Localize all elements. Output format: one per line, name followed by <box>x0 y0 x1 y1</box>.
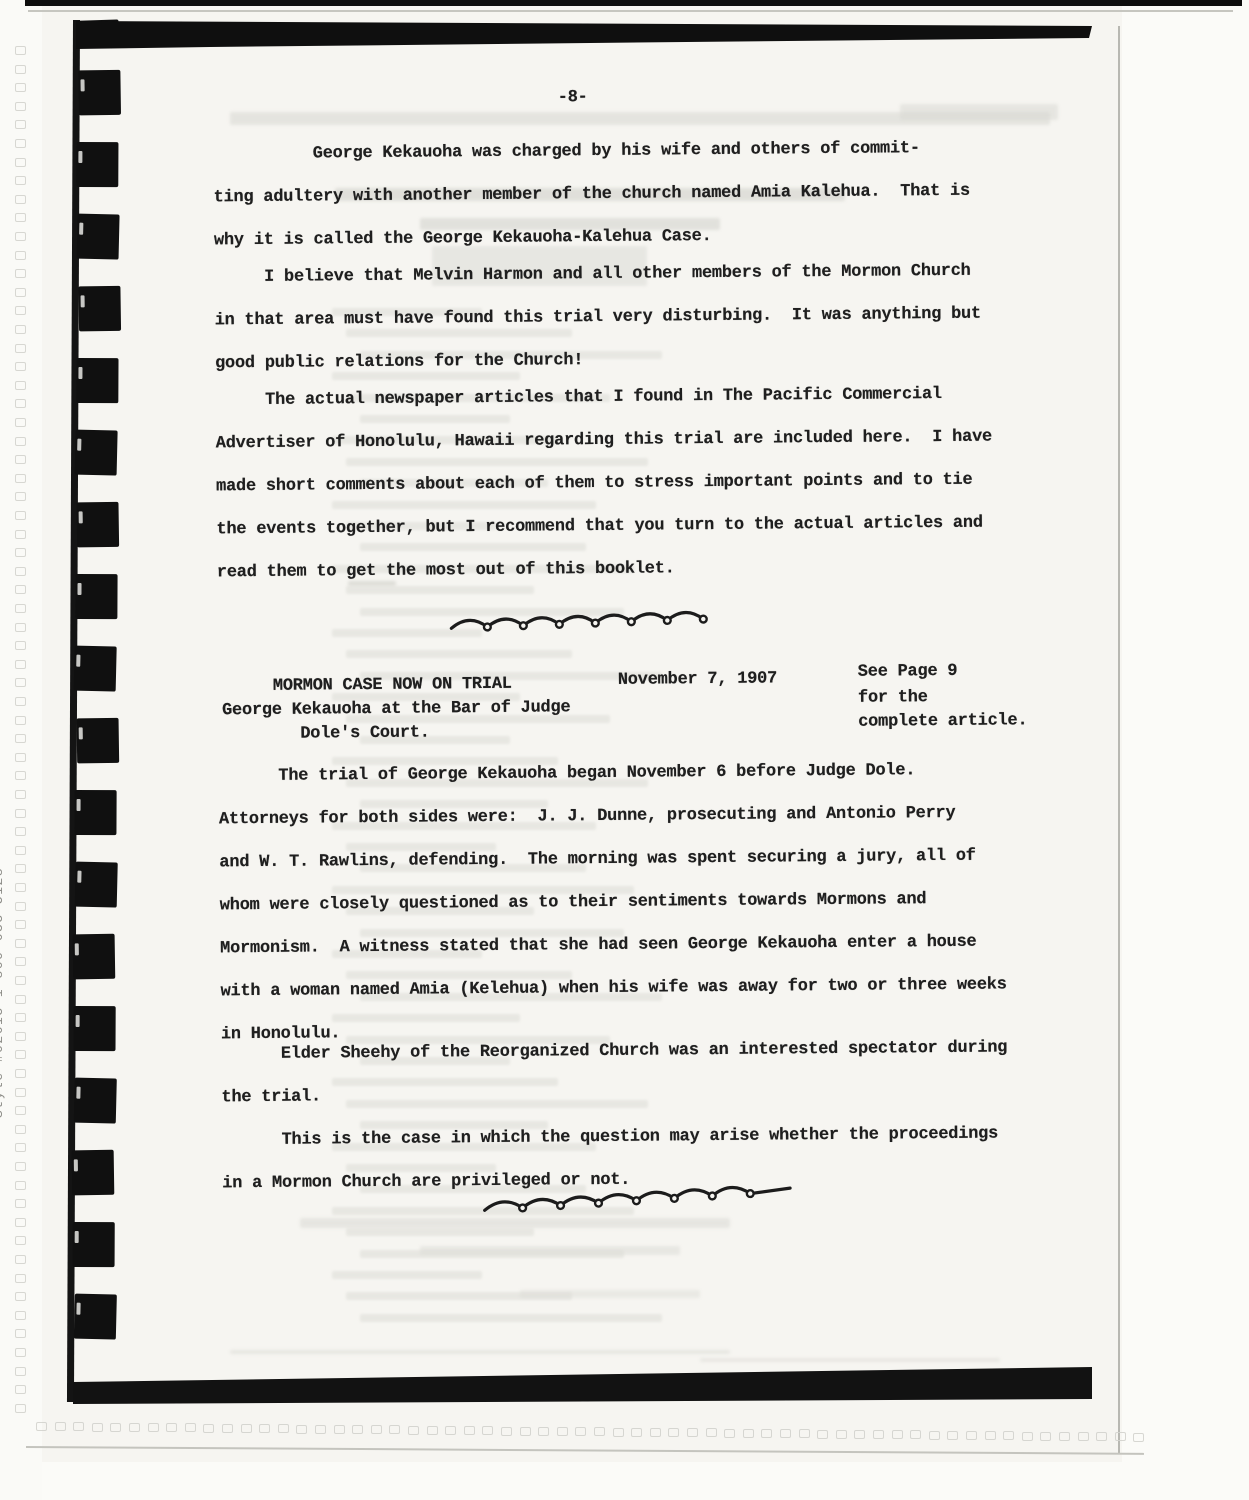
comb-binding-tooth <box>75 862 118 908</box>
perforation-hole <box>445 1426 456 1435</box>
perforation-hole <box>15 567 26 576</box>
perforation-hole <box>15 530 26 539</box>
perforation-hole <box>15 120 26 129</box>
perforation-hole <box>15 902 26 911</box>
perforation-hole <box>15 883 26 892</box>
perforation-hole <box>743 1429 754 1438</box>
perforation-hole <box>892 1430 903 1439</box>
perforation-hole <box>15 1348 26 1357</box>
comb-binding-tooth <box>72 1150 115 1196</box>
perforation-hole <box>15 1199 26 1208</box>
perforation-hole <box>15 827 26 836</box>
perforation-hole <box>15 102 26 111</box>
comb-binding-tooth <box>76 358 118 403</box>
perforation-hole <box>15 920 26 929</box>
perforation-hole <box>650 1428 661 1437</box>
perforation-hole <box>15 1088 26 1097</box>
perforation-hole <box>15 362 26 371</box>
comb-binding-tooth <box>78 286 121 332</box>
perforation-hole <box>631 1428 642 1437</box>
text-line: ting adultery with another member of the… <box>213 170 970 220</box>
text-line: The trial of George Kekauoha began Novem… <box>218 748 1005 798</box>
perforation-hole <box>352 1425 363 1434</box>
binding-style-vertical-text: Style #02613 1-800-633-5128 <box>0 618 9 1118</box>
perforation-hole <box>15 213 26 222</box>
comb-binding-tooth <box>74 1006 116 1051</box>
perforation-hole <box>15 232 26 241</box>
perforation-hole <box>15 1404 26 1413</box>
comb-binding-tooth <box>74 1294 117 1340</box>
comb-binding-tooth <box>77 718 120 764</box>
perforation-hole <box>166 1423 177 1432</box>
article-title-line3: Dole's Court. <box>300 721 430 746</box>
perforation-hole <box>15 455 26 464</box>
text-line: with a woman named Amia (Kelehua) when h… <box>220 963 1007 1013</box>
perforation-hole <box>36 1422 47 1431</box>
perforation-hole <box>15 864 26 873</box>
text-line: Mormonism. A witness stated that she had… <box>220 920 1007 970</box>
perforation-hole <box>110 1423 121 1432</box>
perforation-hole <box>15 660 26 669</box>
text-line: the events together, but I recommend tha… <box>216 502 993 552</box>
perforation-hole <box>15 1292 26 1301</box>
see-page-note-line1: See Page 9 <box>858 660 958 685</box>
perforation-hole <box>15 195 26 204</box>
comb-binding-tooth <box>74 790 116 835</box>
perforation-hole <box>15 548 26 557</box>
perforation-hole <box>241 1424 252 1433</box>
perforation-hole <box>15 585 26 594</box>
perforation-hole <box>15 976 26 985</box>
perforation-hole <box>15 1367 26 1376</box>
comb-binding-tooth <box>75 574 117 619</box>
see-page-note-line3: complete article. <box>858 709 1027 734</box>
perforation-hole <box>873 1430 884 1439</box>
perforation-hole <box>15 1181 26 1190</box>
perforation-hole <box>575 1427 586 1436</box>
perforation-hole <box>389 1425 400 1434</box>
perforation-hole <box>966 1431 977 1440</box>
perforation-hole <box>557 1427 568 1436</box>
comb-binding-tooth <box>78 70 121 116</box>
perforation-hole <box>15 139 26 148</box>
perforation-hole <box>15 1329 26 1338</box>
scan-artifact-top-line <box>28 10 1233 12</box>
perforation-hole <box>15 1032 26 1041</box>
perforation-hole <box>15 1143 26 1152</box>
perforation-hole <box>780 1429 791 1438</box>
perforation-hole <box>15 83 26 92</box>
perforation-hole <box>15 344 26 353</box>
typewritten-text-layer: -8- George Kekauoha was charged by his w… <box>0 0 1249 1500</box>
perforation-hole <box>15 734 26 743</box>
perforation-hole <box>15 176 26 185</box>
perforation-hole <box>613 1428 624 1437</box>
perforation-hole <box>15 641 26 650</box>
perforation-hole <box>15 46 26 55</box>
perforation-hole <box>817 1430 828 1439</box>
comb-binding-tooth <box>73 934 116 980</box>
comb-binding-tooth <box>75 430 118 476</box>
paragraph: Elder Sheehy of the Reorganized Church w… <box>221 1026 1008 1119</box>
perforation-hole <box>1059 1432 1070 1441</box>
perforation-hole <box>15 1385 26 1394</box>
perforation-hole <box>371 1425 382 1434</box>
perforation-hole <box>15 1125 26 1134</box>
text-line: the trial. <box>221 1069 1008 1119</box>
paragraph: The trial of George Kekauoha began Novem… <box>218 748 1007 1056</box>
perforation-hole <box>15 1218 26 1227</box>
perforation-hole <box>15 716 26 725</box>
perforation-hole <box>15 65 26 74</box>
perforation-hole <box>985 1431 996 1440</box>
perforation-hole <box>15 753 26 762</box>
paragraph: George Kekauoha was charged by his wife … <box>213 127 970 263</box>
article-title-line1: MORMON CASE NOW ON TRIAL <box>273 673 512 699</box>
text-line: I believe that Melvin Harmon and all oth… <box>214 250 981 300</box>
perforation-hole <box>947 1431 958 1440</box>
perforation-hole <box>501 1427 512 1436</box>
perforation-hole <box>334 1425 345 1434</box>
perforation-hole <box>185 1423 196 1432</box>
perforation-hole <box>520 1427 531 1436</box>
article-date: November 7, 1907 <box>618 667 777 692</box>
perforation-hole <box>1115 1432 1126 1441</box>
perforation-hole <box>92 1423 103 1432</box>
comb-binding-tooth <box>76 502 119 548</box>
perforation-hole <box>15 399 26 408</box>
page-number: -8- <box>558 76 588 119</box>
perforation-hole <box>15 437 26 446</box>
perforation-hole <box>15 604 26 613</box>
comb-binding-tooth <box>74 1078 117 1124</box>
perforation-hole <box>203 1424 214 1433</box>
perforation-hole <box>594 1427 605 1436</box>
see-page-note-line2: for the <box>858 686 928 711</box>
perforation-hole <box>668 1428 679 1437</box>
perforation-hole <box>15 1013 26 1022</box>
perforation-hole <box>15 251 26 260</box>
perforation-hole <box>15 1311 26 1320</box>
perforation-hole <box>15 678 26 687</box>
perforation-hole <box>15 1236 26 1245</box>
perforation-hole <box>464 1426 475 1435</box>
scan-artifact-bottom-bar <box>64 1360 1096 1408</box>
perforation-hole <box>538 1427 549 1436</box>
perforation-hole <box>15 418 26 427</box>
perforation-hole <box>15 1255 26 1264</box>
perforation-hole <box>222 1424 233 1433</box>
comb-binding-tooth <box>73 1222 115 1267</box>
perforation-hole <box>15 771 26 780</box>
perforation-hole <box>129 1423 140 1432</box>
perforation-hole <box>15 306 26 315</box>
perforation-hole <box>1003 1431 1014 1440</box>
perforation-hole <box>1133 1433 1144 1442</box>
perforation-hole <box>15 381 26 390</box>
perforation-hole <box>15 1069 26 1078</box>
perforation-hole <box>15 269 26 278</box>
text-line: whom were closely questioned as to their… <box>220 877 1007 927</box>
perforation-hole <box>724 1429 735 1438</box>
perforation-hole <box>15 325 26 334</box>
perforation-hole <box>315 1425 326 1434</box>
perforation-hole <box>15 957 26 966</box>
comb-binding-tooth <box>76 142 118 187</box>
perforation-hole <box>427 1426 438 1435</box>
text-line: Advertiser of Honolulu, Hawaii regarding… <box>216 416 993 466</box>
perforation-hole <box>910 1430 921 1439</box>
perforation-hole <box>296 1425 307 1434</box>
perforation-hole <box>1022 1432 1033 1441</box>
text-line: This is the case in which the question m… <box>222 1113 999 1163</box>
comb-binding-tooth <box>77 214 120 260</box>
perforation-hole <box>15 939 26 948</box>
perforation-hole <box>15 697 26 706</box>
scanned-document-page: -8- George Kekauoha was charged by his w… <box>0 0 1249 1500</box>
text-line: made short comments about each of them t… <box>216 459 993 509</box>
perforation-hole <box>836 1430 847 1439</box>
perforation-hole <box>15 288 26 297</box>
perforation-hole <box>259 1424 270 1433</box>
perforation-hole <box>15 492 26 501</box>
perforation-hole <box>854 1430 865 1439</box>
perforation-hole <box>15 1162 26 1171</box>
perforation-hole <box>799 1429 810 1438</box>
perforation-hole <box>761 1429 772 1438</box>
perforation-hole <box>482 1426 493 1435</box>
perforation-hole <box>278 1424 289 1433</box>
perforation-hole <box>15 623 26 632</box>
perforation-hole <box>15 511 26 520</box>
perforation-hole <box>73 1422 84 1431</box>
text-line: George Kekauoha was charged by his wife … <box>213 127 970 177</box>
perforation-hole <box>148 1423 159 1432</box>
perforation-hole <box>15 809 26 818</box>
text-line: Elder Sheehy of the Reorganized Church w… <box>221 1026 1008 1076</box>
perforation-hole <box>15 1106 26 1115</box>
paragraph: The actual newspaper articles that I fou… <box>215 373 993 595</box>
squiggle-divider <box>449 607 711 637</box>
text-line: read them to get the most out of this bo… <box>217 545 994 595</box>
perforation-hole <box>15 158 26 167</box>
text-line: and W. T. Rawlins, defending. The mornin… <box>219 834 1006 884</box>
text-line: Attorneys for both sides were: J. J. Dun… <box>219 791 1006 841</box>
paragraph: I believe that Melvin Harmon and all oth… <box>214 250 981 386</box>
perforation-hole <box>15 1050 26 1059</box>
perforation-hole <box>1096 1432 1107 1441</box>
scan-artifact-top-bar <box>25 0 1242 6</box>
text-line: in that area must have found this trial … <box>214 293 981 343</box>
scan-artifact-top-wedge <box>70 17 1096 53</box>
perforation-hole <box>15 790 26 799</box>
perforation-hole <box>15 846 26 855</box>
perforation-hole <box>706 1428 717 1437</box>
perforation-hole <box>55 1422 66 1431</box>
article-title-line2: George Kekauoha at the Bar of Judge <box>222 696 571 723</box>
perforation-hole <box>929 1431 940 1440</box>
page-right-edge-line <box>1118 26 1120 1454</box>
perforation-hole <box>1040 1432 1051 1441</box>
perforation-hole <box>15 1274 26 1283</box>
perforation-hole <box>687 1428 698 1437</box>
comb-binding-tooth <box>74 646 117 692</box>
perforation-hole <box>1078 1432 1089 1441</box>
perforation-hole <box>15 995 26 1004</box>
text-line: The actual newspaper articles that I fou… <box>215 373 992 423</box>
perforation-hole <box>15 474 26 483</box>
perforation-hole <box>408 1426 419 1435</box>
